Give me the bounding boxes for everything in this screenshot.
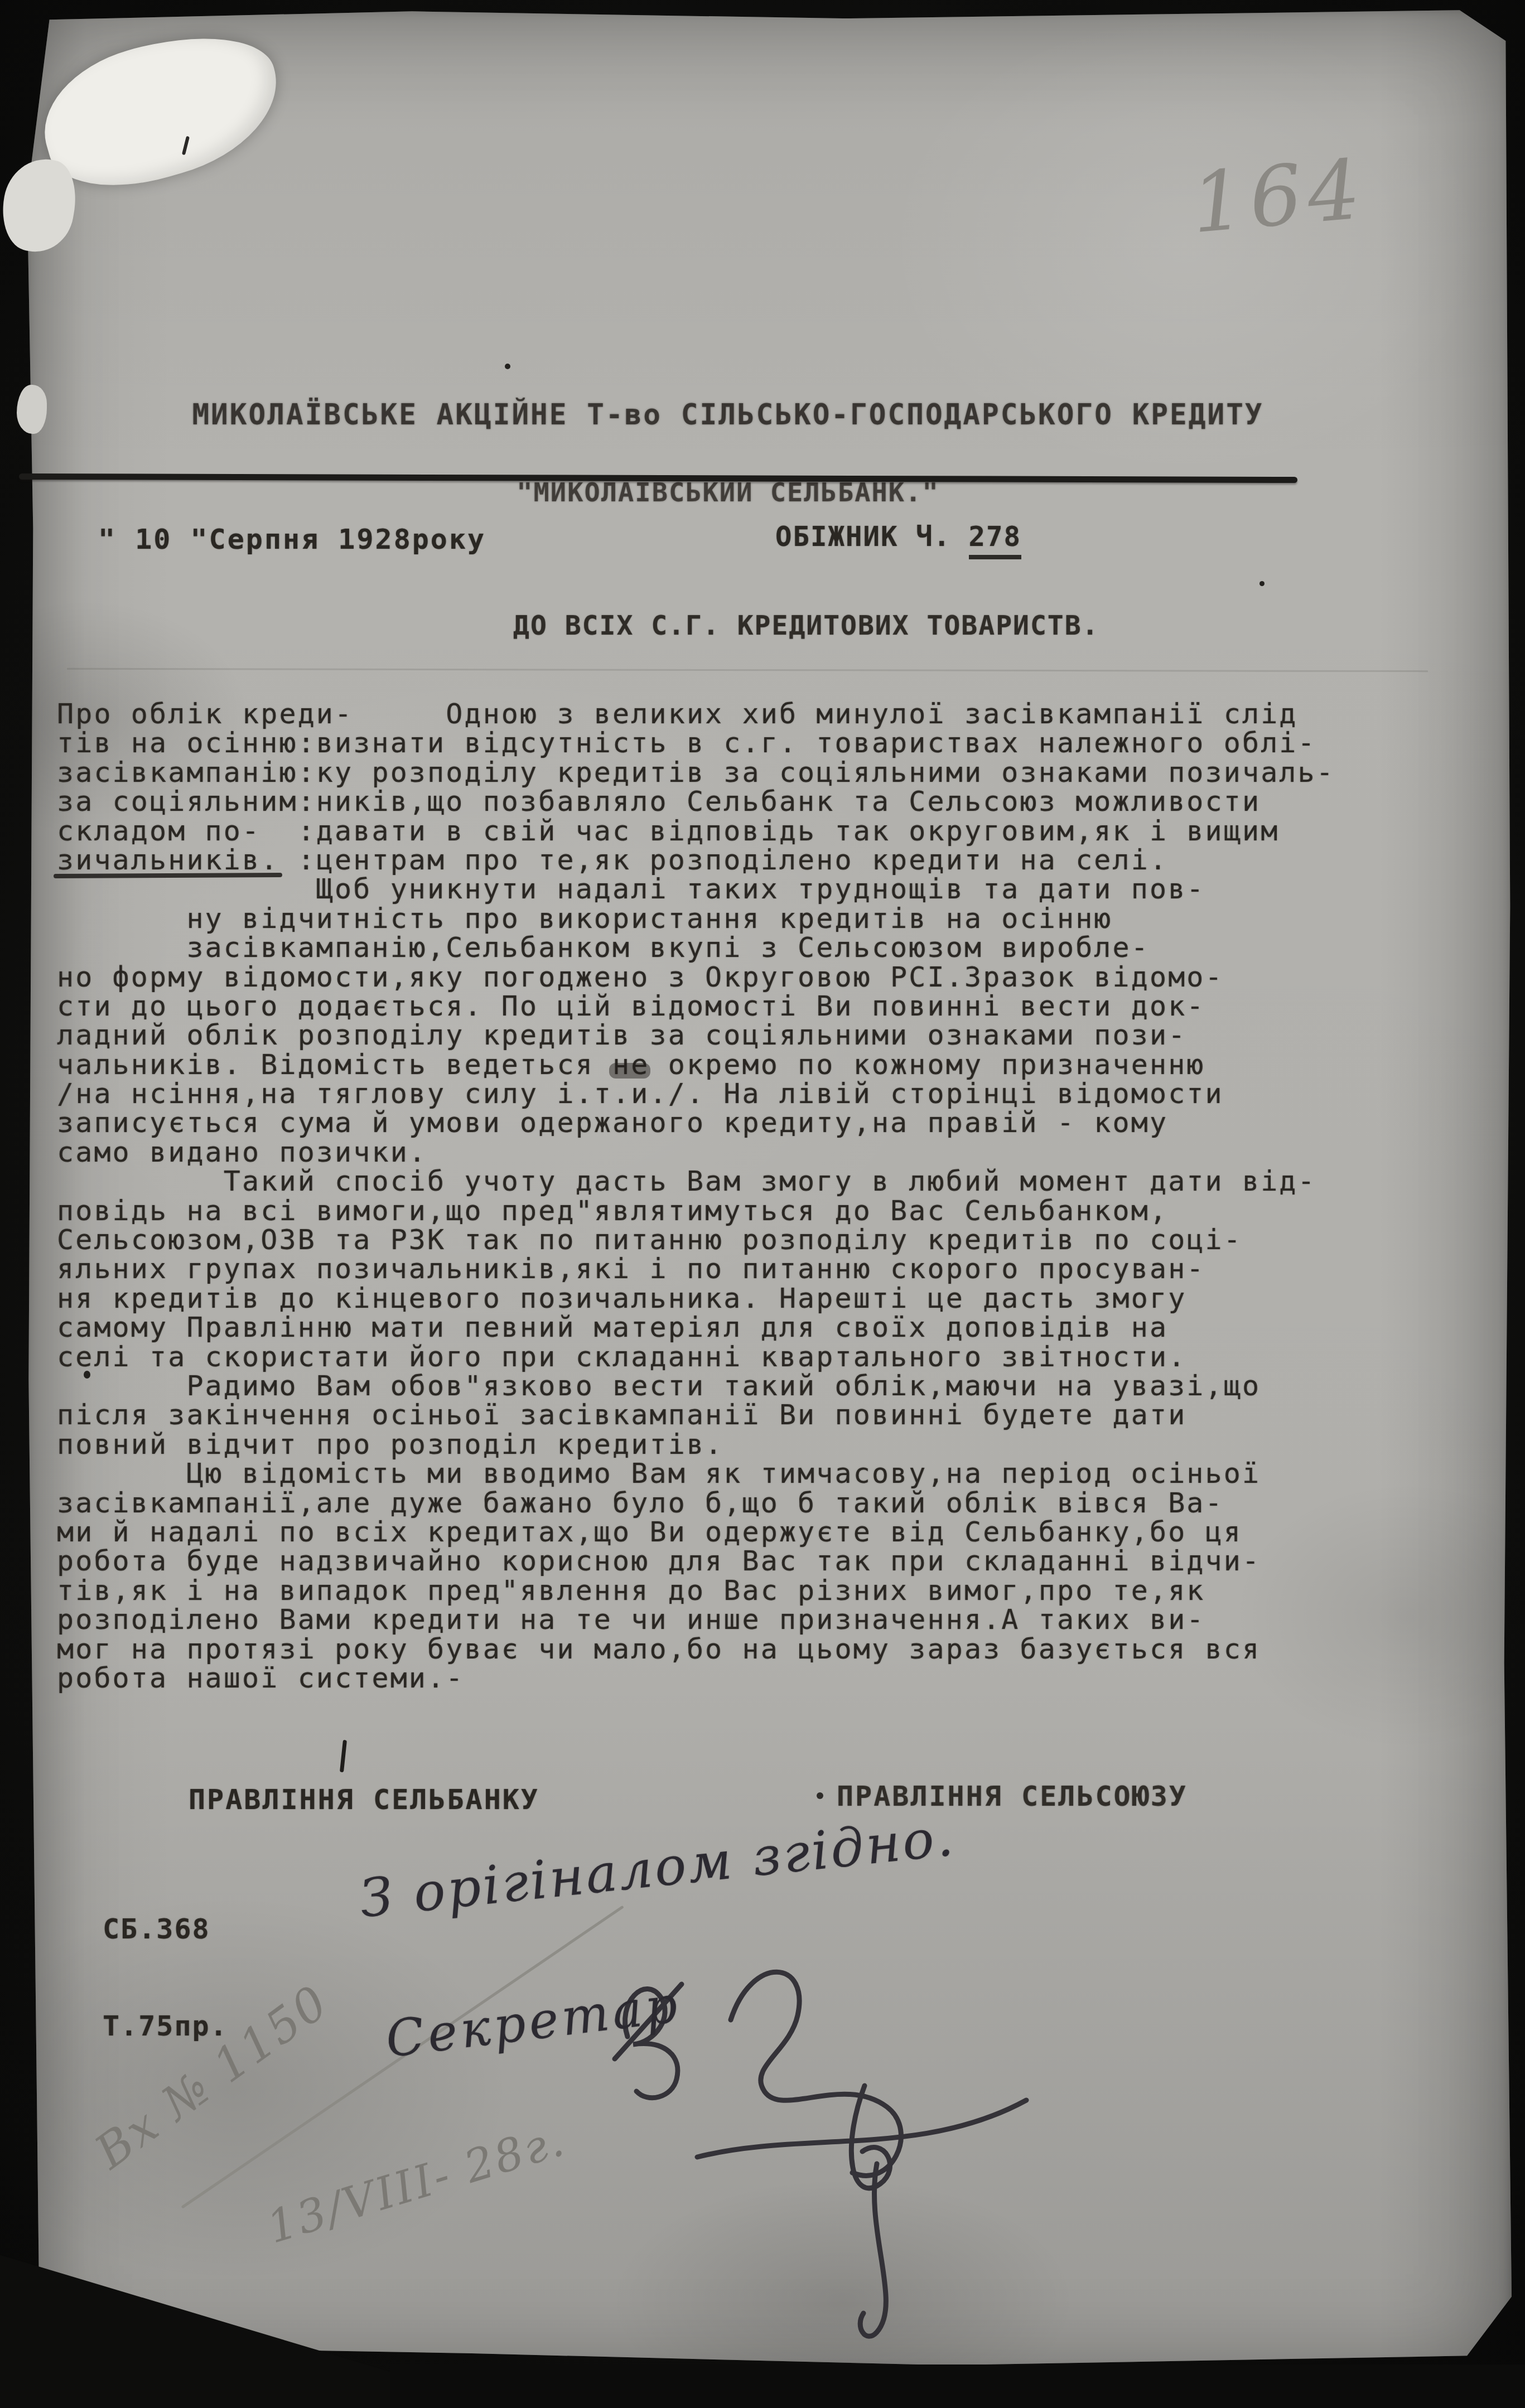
stray-ink-dot	[817, 1792, 823, 1799]
scanned-document-page: 164 МИКОЛАЇВСЬКЕ АКЦІЙНЕ Т-во СІЛЬСЬКО-Г…	[0, 0, 1525, 2408]
typed-line: мог на протязі року буває чи мало,бо на …	[57, 1635, 1335, 1664]
pencil-page-number: 164	[1188, 141, 1369, 252]
ink-speck	[1259, 581, 1265, 586]
typed-line: зичальників. :центрам про те,як розподіл…	[57, 845, 1335, 874]
typed-line: розподілено Вами кредити на те чи инше п…	[57, 1605, 1335, 1634]
ink-speck	[84, 1371, 90, 1379]
print-ref-code: СБ.368	[103, 1913, 228, 1945]
torn-edge-chip	[17, 385, 47, 434]
typed-line: робота буде надзвичайно корисною для Вас…	[57, 1546, 1335, 1575]
typed-line: засівкампанії,але дуже бажано було б,що …	[57, 1488, 1335, 1517]
typed-body: Про облік креди- Одною з великих хиб мин…	[57, 699, 1335, 1693]
typed-line: тів,як і на випадок пред"явлення до Вас …	[57, 1576, 1335, 1605]
typed-line: яльних групах позичальників,які і по пит…	[57, 1254, 1335, 1283]
typed-line: ми й надалі по всіх кредитах,що Ви одерж…	[57, 1517, 1335, 1546]
circular-number: 278	[969, 521, 1022, 559]
secretary-signature-flourish	[563, 1918, 1065, 2365]
typed-line: но форму відомости,яку погоджено з Округ…	[57, 963, 1335, 992]
typed-line: складом по- :давати в свій час відповідь…	[57, 816, 1335, 845]
typed-line: після закінчення осіньої засівкампанії В…	[57, 1400, 1335, 1429]
typed-line: Сельсоюзом,ОЗВ та РЗК так по питанню роз…	[57, 1225, 1335, 1254]
typed-line: селі та скористати його при складанні кв…	[57, 1342, 1335, 1371]
typed-line: тів на осінню:визнати відсутність в с.г.…	[57, 728, 1335, 757]
typed-line: само видано позички.	[57, 1138, 1335, 1167]
typed-line: чальників. Відомість ведеться не окремо …	[57, 1050, 1335, 1079]
typed-line: повідь на всі вимоги,що пред"являтимутьс…	[57, 1196, 1335, 1225]
typed-line: засівкампанію:ку розподілу кредитів за с…	[57, 758, 1335, 787]
typed-line: засівкампанію,Сельбанком вкупі з Сельсою…	[57, 933, 1335, 962]
board-selsoyuz-label: ПРАВЛІННЯ СЕЛЬСОЮЗУ	[837, 1780, 1188, 1812]
typed-line: повний відчит про розподіл кредитів.	[57, 1430, 1335, 1459]
typed-line: записується сума й умови одержаного кред…	[57, 1108, 1335, 1137]
ink-speck	[505, 364, 510, 369]
typed-line: сти до цього додається. По цій відомості…	[57, 992, 1335, 1021]
typed-line: Про облік креди- Одною з великих хиб мин…	[57, 699, 1335, 728]
print-ref-copies: Т.75пр.	[103, 2010, 228, 2042]
typewriter-overstrike-smudge	[609, 1063, 650, 1079]
board-selbank-label: ПРАВЛІННЯ СЕЛЬБАНКУ	[189, 1783, 539, 1816]
typed-line: Цю відомість ми вводимо Вам як тимчасову…	[57, 1459, 1335, 1488]
typed-line: /на нсіння,на тяглову силу і.т.и./. На л…	[57, 1079, 1335, 1108]
typed-line: робота нашої системи.-	[57, 1664, 1335, 1693]
typed-line: ладний облік розподілу кредитів за соція…	[57, 1021, 1335, 1050]
letterhead-line1: МИКОЛАЇВСЬКЕ АКЦІЙНЕ Т-во СІЛЬСЬКО-ГОСПО…	[139, 398, 1316, 433]
date-line: " 10 "Серпня 1928року	[98, 523, 486, 555]
letterhead: МИКОЛАЇВСЬКЕ АКЦІЙНЕ Т-во СІЛЬСЬКО-ГОСПО…	[139, 377, 1316, 529]
typed-line: ня кредитів до кінцевого позичальника. Н…	[57, 1284, 1335, 1313]
circular-number-line: ОБІЖНИК Ч. 278	[775, 521, 1021, 553]
typed-line: за соціяльним:ників,що позбавляло Сельба…	[57, 787, 1335, 816]
typed-line: Щоб уникнути надалі таких труднощів та д…	[57, 874, 1335, 903]
circular-label: ОБІЖНИК Ч.	[775, 521, 969, 553]
typed-line: Такий спосіб учоту дасть Вам змогу в люб…	[57, 1167, 1335, 1196]
typed-line: Радимо Вам обов"язково вести такий облік…	[57, 1371, 1335, 1400]
typed-line: самому Правлінню мати певний матеріял дл…	[57, 1313, 1335, 1342]
backing-shadow-bottom	[390, 2365, 1525, 2408]
typed-line: ну відчитність про використання кредитів…	[57, 904, 1335, 933]
addressee-heading: ДО ВСІХ С.Г. КРЕДИТОВИХ ТОВАРИСТВ.	[513, 610, 1099, 641]
